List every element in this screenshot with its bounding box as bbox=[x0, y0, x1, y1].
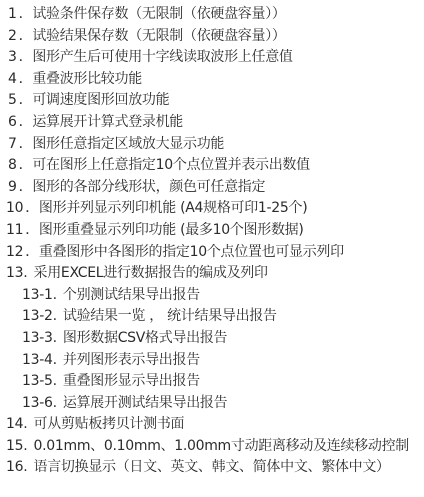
item-text: 运算展开计算式登录机能 bbox=[32, 114, 183, 130]
item-number: 11 bbox=[6, 222, 23, 238]
feature-item-12: 12．重叠图形中各图形的指定10个点位置也可显示列印 bbox=[0, 242, 424, 264]
item-text: 试验结果保存数（无限制（依硬盘容量）） bbox=[32, 28, 285, 44]
feature-item-2: 2．试验结果保存数（无限制（依硬盘容量）） bbox=[0, 26, 424, 48]
item-text: 语言切换显示（日文、英文、韩文、简体中文、繁体中文） bbox=[34, 459, 390, 475]
feature-item-11: 11．图形重叠显示列印功能 (最多10个图形数据) bbox=[0, 220, 424, 242]
item-number: 12 bbox=[6, 244, 23, 260]
item-number: 13-5. bbox=[22, 373, 57, 389]
item-separator: ． bbox=[25, 200, 39, 216]
item-separator: ． bbox=[25, 222, 39, 238]
item-number: 9 bbox=[8, 179, 17, 195]
item-separator: ． bbox=[19, 157, 33, 173]
feature-item-5: 5．可调速度图形回放功能 bbox=[0, 90, 424, 112]
item-number: 13-6. bbox=[22, 395, 57, 411]
item-separator: ． bbox=[19, 28, 33, 44]
item-text: 重叠波形比较功能 bbox=[32, 71, 142, 87]
item-text: 图形任意指定区域放大显示功能 bbox=[32, 136, 224, 152]
item-number: 2 bbox=[8, 28, 17, 44]
item-number: 10 bbox=[6, 200, 23, 216]
item-number: 8 bbox=[8, 157, 17, 173]
item-text: 图形的各部分线形状，颜色可任意指定 bbox=[32, 179, 265, 195]
item-text: 并列图形表示导出报告 bbox=[63, 352, 200, 368]
item-number: 7 bbox=[8, 136, 17, 152]
item-text: 运算展开测试结果导出报告 bbox=[63, 395, 227, 411]
item-separator: ． bbox=[19, 92, 33, 108]
item-text: 重叠图形中各图形的指定10个点位置也可显示列印 bbox=[39, 244, 344, 260]
feature-item-4: 4．重叠波形比较功能 bbox=[0, 69, 424, 91]
item-number: 1 bbox=[8, 6, 17, 22]
feature-item-16: 16. 语言切换显示（日文、英文、韩文、简体中文、繁体中文） bbox=[0, 457, 424, 479]
item-number: 3 bbox=[8, 49, 17, 65]
item-separator: ． bbox=[19, 114, 33, 130]
feature-item-9: 9．图形的各部分线形状，颜色可任意指定 bbox=[0, 177, 424, 199]
item-number: 5 bbox=[8, 92, 17, 108]
feature-item-6: 6．运算展开计算式登录机能 bbox=[0, 112, 424, 134]
item-text: 重叠图形显示导出报告 bbox=[63, 373, 200, 389]
feature-item-15: 15. 0.01mm、0.10mm、1.00mm寸动距离移动及连续移动控制 bbox=[0, 436, 424, 458]
item-text: 可从剪贴板拷贝计测书面 bbox=[34, 416, 185, 432]
item-number: 16. bbox=[6, 459, 27, 475]
item-text: 试验条件保存数（无限制（依硬盘容量）） bbox=[32, 6, 285, 22]
item-text: 图形产生后可使用十字线读取波形上任意值 bbox=[32, 49, 292, 65]
item-separator: ． bbox=[19, 6, 33, 22]
item-number: 13. bbox=[6, 265, 27, 281]
item-text: 图形数据CSV格式导出报告 bbox=[63, 330, 227, 346]
feature-item-8: 8．可在图形上任意指定10个点位置并表示出数值 bbox=[0, 155, 424, 177]
item-separator: ． bbox=[19, 179, 33, 195]
item-number: 13-4. bbox=[22, 352, 57, 368]
feature-subitem-13-6: 13-6. 运算展开测试结果导出报告 bbox=[0, 393, 424, 415]
item-number: 15. bbox=[6, 438, 27, 454]
item-separator: ． bbox=[19, 136, 33, 152]
item-separator: ． bbox=[19, 71, 33, 87]
item-text: 可在图形上任意指定10个点位置并表示出数值 bbox=[32, 157, 310, 173]
item-text: 采用EXCEL进行数据报告的编成及列印 bbox=[34, 265, 268, 281]
feature-item-7: 7．图形任意指定区域放大显示功能 bbox=[0, 134, 424, 156]
item-separator: ． bbox=[19, 49, 33, 65]
feature-list: 1．试验条件保存数（无限制（依硬盘容量）） 2．试验结果保存数（无限制（依硬盘容… bbox=[0, 0, 424, 479]
feature-subitem-13-1: 13-1. 个别测试结果导出报告 bbox=[0, 285, 424, 307]
item-text: 图形并列显示列印机能 (A4规格可印1-25个) bbox=[39, 200, 307, 216]
feature-subitem-13-3: 13-3. 图形数据CSV格式导出报告 bbox=[0, 328, 424, 350]
feature-item-10: 10．图形并列显示列印机能 (A4规格可印1-25个) bbox=[0, 198, 424, 220]
feature-item-1: 1．试验条件保存数（无限制（依硬盘容量）） bbox=[0, 4, 424, 26]
item-text: 个别测试结果导出报告 bbox=[63, 287, 200, 303]
item-number: 6 bbox=[8, 114, 17, 130]
item-separator: ． bbox=[25, 244, 39, 260]
item-number: 14. bbox=[6, 416, 27, 432]
item-number: 13-2. bbox=[22, 308, 57, 324]
feature-item-13: 13. 采用EXCEL进行数据报告的编成及列印 bbox=[0, 263, 424, 285]
item-text: 试验结果一览 ， 统计结果导出报告 bbox=[63, 308, 277, 324]
item-number: 4 bbox=[8, 71, 17, 87]
item-text: 0.01mm、0.10mm、1.00mm寸动距离移动及连续移动控制 bbox=[34, 438, 409, 454]
feature-subitem-13-2: 13-2. 试验结果一览 ， 统计结果导出报告 bbox=[0, 306, 424, 328]
feature-item-14: 14. 可从剪贴板拷贝计测书面 bbox=[0, 414, 424, 436]
feature-subitem-13-4: 13-4. 并列图形表示导出报告 bbox=[0, 350, 424, 372]
feature-item-3: 3．图形产生后可使用十字线读取波形上任意值 bbox=[0, 47, 424, 69]
feature-subitem-13-5: 13-5. 重叠图形显示导出报告 bbox=[0, 371, 424, 393]
item-text: 可调速度图形回放功能 bbox=[32, 92, 169, 108]
item-text: 图形重叠显示列印功能 (最多10个图形数据) bbox=[39, 222, 304, 238]
item-number: 13-1. bbox=[22, 287, 57, 303]
item-number: 13-3. bbox=[22, 330, 57, 346]
